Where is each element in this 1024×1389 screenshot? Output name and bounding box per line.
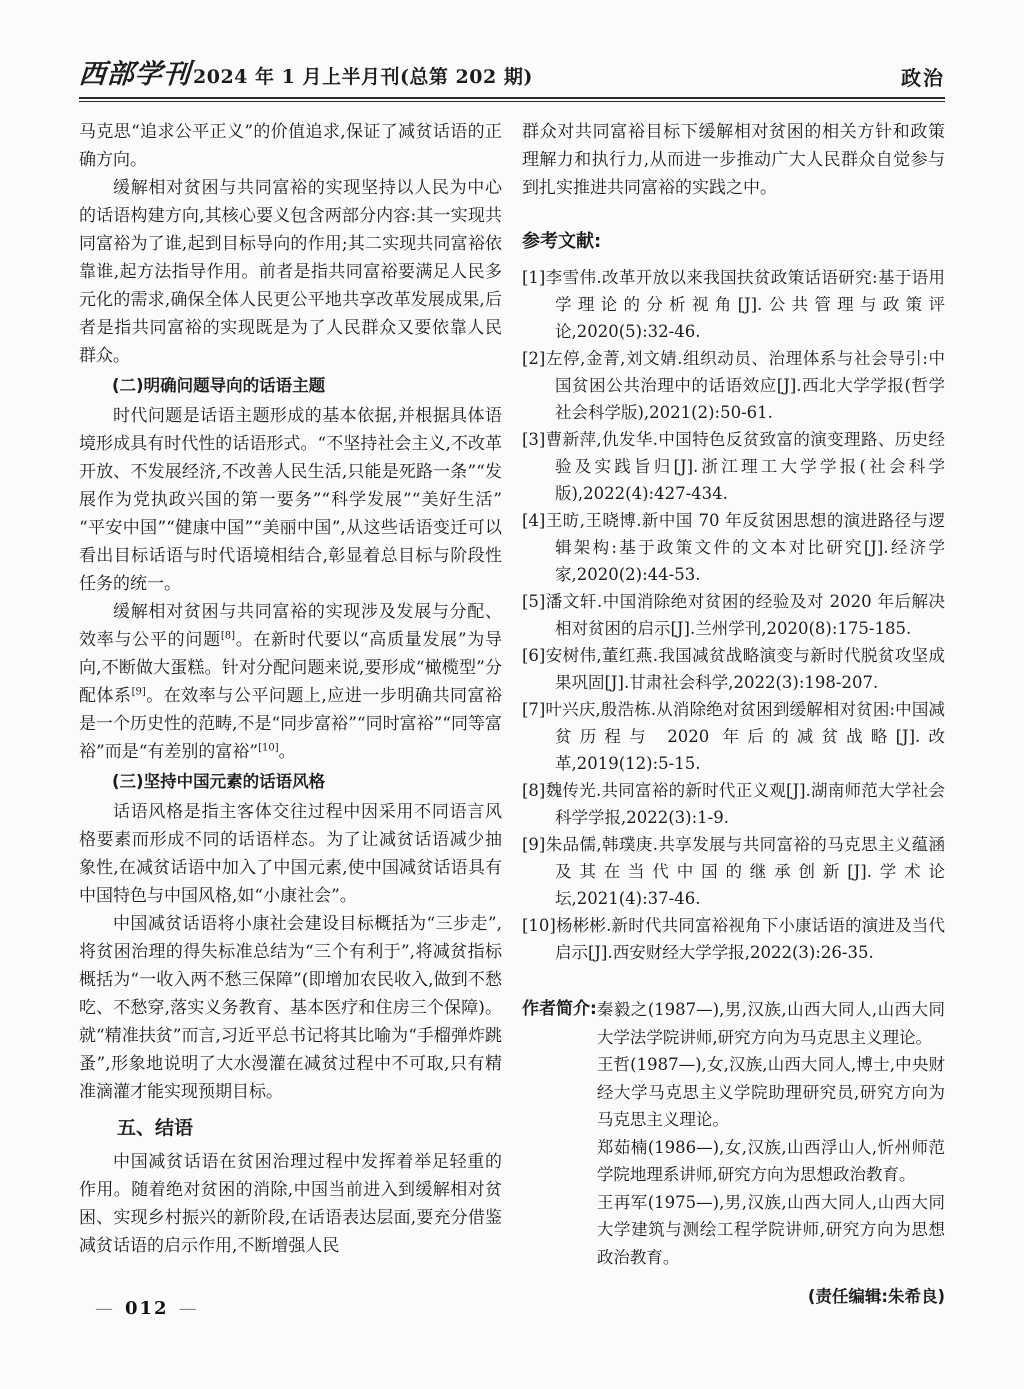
reference-item: [8]魏传光.共同富裕的新时代正义观[J].湖南师范大学社会科学学报,2022(… xyxy=(522,777,945,831)
reference-item: [9]朱品儒,韩璞庚.共享发展与共同富裕的马克思主义蕴涵及其在当代中国的继承创新… xyxy=(522,831,945,912)
paragraph: 时代问题是话语主题形成的基本依据,并根据具体语境形成具有时代性的话语形式。“不坚… xyxy=(79,402,502,598)
references-title: 参考文献: xyxy=(522,228,945,256)
author-item: 郑茹楠(1986—),女,汉族,山西浮山人,忻州师范学院地理系讲师,研究方向为思… xyxy=(597,1134,945,1189)
content-columns: 马克思“追求公平正义”的价值追求,保证了减贫话语的正确方向。缓解相对贫困与共同富… xyxy=(79,118,945,1311)
author-item: 王再军(1975—),男,汉族,山西大同人,山西大同大学建筑与测绘工程学院讲师,… xyxy=(597,1189,945,1272)
left-column-blocks: 马克思“追求公平正义”的价值追求,保证了减贫话语的正确方向。缓解相对贫困与共同富… xyxy=(79,118,502,1260)
reference-item: [4]王昉,王晓博.新中国 70 年反贫困思想的演进路径与逻辑架构:基于政策文件… xyxy=(522,507,945,588)
paragraph: 五、结语 xyxy=(79,1114,502,1142)
paragraph: 马克思“追求公平正义”的价值追求,保证了减贫话语的正确方向。 xyxy=(79,118,502,174)
reference-item: [5]潘文轩.中国消除绝对贫困的经验及对 2020 年后解决相对贫困的启示[J]… xyxy=(522,588,945,642)
journal-logo: 西部学刊 xyxy=(78,52,193,91)
page-header: 西部学刊 2024 年 1 月上半月刊(总第 202 期) 政治 xyxy=(79,52,945,97)
header-left: 西部学刊 2024 年 1 月上半月刊(总第 202 期) xyxy=(79,52,533,91)
paragraph: 中国减贫话语将小康社会建设目标概括为“三步走”,将贫困治理的得失标准总结为“三个… xyxy=(79,910,502,1106)
issue-info: 2024 年 1 月上半月刊(总第 202 期) xyxy=(193,62,533,89)
paragraph: 缓解相对贫困与共同富裕的实现坚持以人民为中心的话语构建方向,其核心要义包含两部分… xyxy=(79,174,502,370)
reference-item: [3]曹新萍,仇发华.中国特色反贫致富的演变理路、历史经验及实践旨归[J].浙江… xyxy=(522,426,945,507)
footer-dash-right: — xyxy=(179,1298,199,1319)
paragraph: (二)明确问题导向的话语主题 xyxy=(79,372,502,400)
editor-note: (责任编辑:朱希良) xyxy=(522,1283,945,1311)
paragraph: (三)坚持中国元素的话语风格 xyxy=(79,768,502,796)
paragraph: 中国减贫话语在贫困治理过程中发挥着举足轻重的作用。随着绝对贫困的消除,中国当前进… xyxy=(79,1148,502,1260)
page-footer: — 012 — xyxy=(95,1298,199,1319)
reference-item: [7]叶兴庆,殷浩栋.从消除绝对贫困到缓解相对贫困:中国减贫历程与 2020 年… xyxy=(522,696,945,777)
closing-paragraph: 群众对共同富裕目标下缓解相对贫困的相关方针和政策理解力和执行力,从而进一步推动广… xyxy=(522,118,945,202)
footer-dash-left: — xyxy=(95,1298,115,1319)
header-rule xyxy=(79,97,945,102)
paragraph: 话语风格是指主客体交往过程中因采用不同语言风格要素而形成不同的话语样态。为了让减… xyxy=(79,798,502,910)
reference-item: [1]李雪伟.改革开放以来我国扶贫政策话语研究:基于语用学理论的分析视角[J].… xyxy=(522,264,945,345)
authors-section: 作者简介: 秦毅之(1987—),男,汉族,山西大同人,山西大同大学法学院讲师,… xyxy=(522,996,945,1271)
author-entries: 秦毅之(1987—),男,汉族,山西大同人,山西大同大学法学院讲师,研究方向为马… xyxy=(597,996,945,1271)
page-number: 012 xyxy=(125,1298,169,1319)
reference-item: [2]左停,金菁,刘文婧.组织动员、治理体系与社会导引:中国贫困公共治理中的话语… xyxy=(522,345,945,426)
authors-label: 作者简介: xyxy=(522,996,597,1271)
left-column: 马克思“追求公平正义”的价值追求,保证了减贫话语的正确方向。缓解相对贫困与共同富… xyxy=(79,118,502,1311)
section-label: 政治 xyxy=(901,62,945,91)
author-item: 王哲(1987—),女,汉族,山西大同人,博士,中央财经大学马克思主义学院助理研… xyxy=(597,1051,945,1134)
paragraph: 缓解相对贫困与共同富裕的实现涉及发展与分配、效率与公平的问题[8]。在新时代要以… xyxy=(79,598,502,766)
references-list: [1]李雪伟.改革开放以来我国扶贫政策话语研究:基于语用学理论的分析视角[J].… xyxy=(522,264,945,966)
journal-page: 西部学刊 2024 年 1 月上半月刊(总第 202 期) 政治 马克思“追求公… xyxy=(0,0,1024,1389)
reference-item: [6]安树伟,董红燕.我国减贫战略演变与新时代脱贫攻坚成果巩固[J].甘肃社会科… xyxy=(522,642,945,696)
author-item: 秦毅之(1987—),男,汉族,山西大同人,山西大同大学法学院讲师,研究方向为马… xyxy=(597,996,945,1051)
right-column: 群众对共同富裕目标下缓解相对贫困的相关方针和政策理解力和执行力,从而进一步推动广… xyxy=(522,118,945,1311)
reference-item: [10]杨彬彬.新时代共同富裕视角下小康话语的演进及当代启示[J].西安财经大学… xyxy=(522,912,945,966)
